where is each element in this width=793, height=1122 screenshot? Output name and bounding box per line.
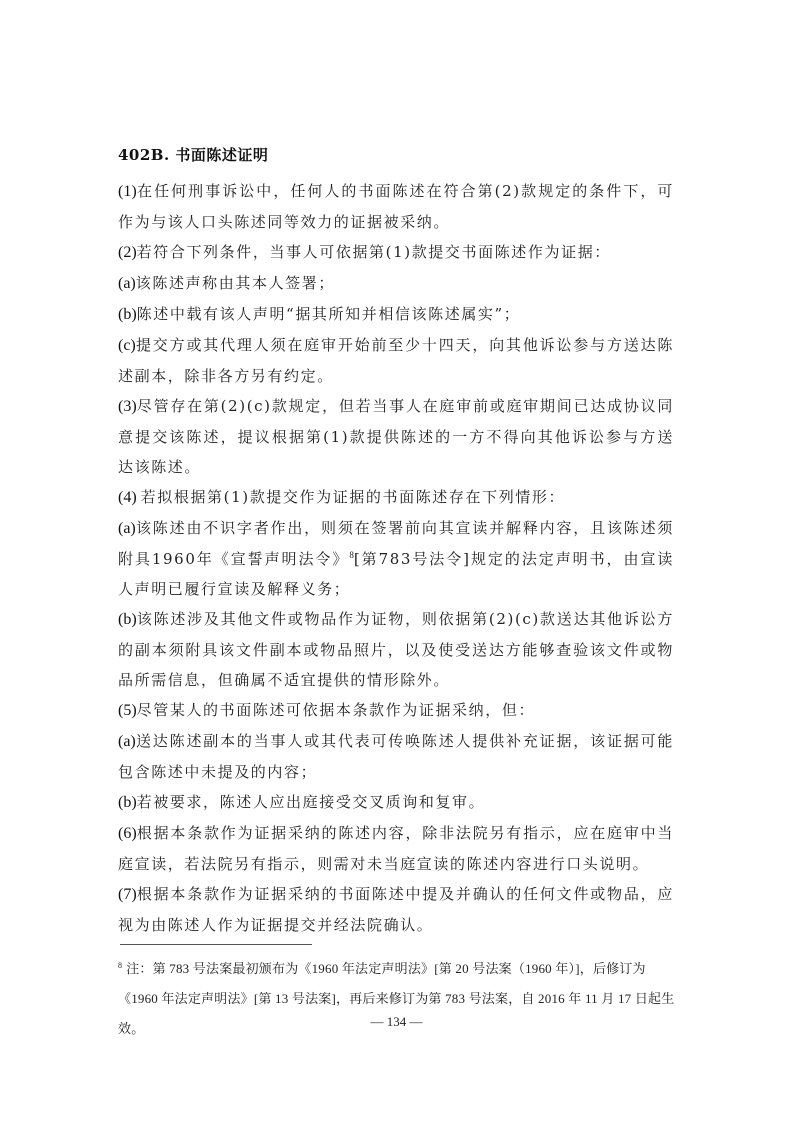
clause-number: (c): [118, 337, 136, 354]
footnote-8: 8注：第 783 号法案最初颁布为《1960 年法定声明法》[第 20 号法案（…: [118, 954, 678, 1044]
footnote-divider: [120, 944, 312, 945]
page-body: 402B. 书面陈述证明 (1)在任何刑事诉讼中，任何人的书面陈述在符合第(2)…: [118, 142, 674, 940]
paragraph-5: (5)尽管某人的书面陈述可依据本条款作为证据采纳，但：: [118, 695, 674, 726]
clause-number: (7): [118, 886, 137, 903]
paragraph-7: (7)根据本条款作为证据采纳的书面陈述中提及并确认的任何文件或物品，应视为由陈述…: [118, 879, 674, 940]
paragraph-2a: (a)该陈述声称由其本人签署；: [118, 268, 674, 299]
footnote-marker: 8: [118, 961, 122, 970]
document-page: 402B. 书面陈述证明 (1)在任何刑事诉讼中，任何人的书面陈述在符合第(2)…: [0, 0, 793, 1122]
paragraph-4a: (a)该陈述由不识字者作出，则须在签署前向其宣读并解释内容，且该陈述须附具196…: [118, 513, 674, 604]
clause-text: 陈述中载有该人声明“据其所知并相信该陈述属实”；: [137, 305, 521, 323]
page-number: — 134 —: [0, 1014, 793, 1030]
clause-text: 送达陈述副本的当事人或其代表可传唤陈述人提供补充证据，该证据可能包含陈述中未提及…: [118, 732, 674, 781]
footnotes: 8注：第 783 号法案最初颁布为《1960 年法定声明法》[第 20 号法案（…: [118, 954, 678, 1044]
clause-number: (3): [118, 398, 137, 415]
clause-number: (b): [118, 611, 137, 628]
clause-number: (2): [118, 244, 137, 261]
clause-number: (6): [118, 825, 137, 842]
paragraph-3: (3)尽管存在第(2)(c)款规定，但若当事人在庭审前或庭审期间已达成协议同意提…: [118, 391, 674, 482]
clause-number: (1): [118, 183, 137, 200]
paragraph-2c: (c)提交方或其代理人须在庭审开始前至少十四天，向其他诉讼参与方送达陈述副本，除…: [118, 330, 674, 391]
clause-number: (a): [118, 733, 136, 750]
paragraph-1: (1)在任何刑事诉讼中，任何人的书面陈述在符合第(2)款规定的条件下，可作为与该…: [118, 176, 674, 237]
clause-number: (4): [118, 489, 141, 506]
section-title: 402B. 书面陈述证明: [118, 142, 674, 168]
paragraph-4: (4) 若拟根据第(1)款提交作为证据的书面陈述存在下列情形：: [118, 482, 674, 513]
paragraph-2b: (b)陈述中载有该人声明“据其所知并相信该陈述属实”；: [118, 299, 674, 330]
clause-number: (b): [118, 306, 137, 323]
clause-text: 该陈述声称由其本人签署；: [136, 274, 335, 292]
clause-number: (a): [118, 520, 136, 537]
paragraph-5a: (a)送达陈述副本的当事人或其代表可传唤陈述人提供补充证据，该证据可能包含陈述中…: [118, 726, 674, 787]
clause-number: (a): [118, 275, 136, 292]
paragraph-2: (2)若符合下列条件，当事人可依据第(1)款提交书面陈述作为证据：: [118, 237, 674, 268]
clause-text: 根据本条款作为证据采纳的书面陈述中提及并确认的任何文件或物品，应视为由陈述人作为…: [118, 885, 674, 934]
paragraph-6: (6)根据本条款作为证据采纳的陈述内容，除非法院另有指示，应在庭审中当庭宣读，若…: [118, 818, 674, 879]
clause-text: 若拟根据第(1)款提交作为证据的书面陈述存在下列情形：: [141, 488, 565, 506]
clause-number: (5): [118, 702, 137, 719]
clause-number: (b): [118, 794, 137, 811]
clause-text: 若被要求，陈述人应出庭接受交叉质询和复审。: [137, 793, 486, 811]
clause-text: 该陈述涉及其他文件或物品作为证物，则依据第(2)(c)款送达其他诉讼方的副本须附…: [118, 610, 674, 689]
clause-text: 根据本条款作为证据采纳的陈述内容，除非法院另有指示，应在庭审中当庭宣读，若法院另…: [118, 824, 674, 873]
clause-text: 提交方或其代理人须在庭审开始前至少十四天，向其他诉讼参与方送达陈述副本，除非各方…: [118, 336, 674, 385]
clause-text: 尽管存在第(2)(c)款规定，但若当事人在庭审前或庭审期间已达成协议同意提交该陈…: [118, 397, 674, 476]
clause-text: 在任何刑事诉讼中，任何人的书面陈述在符合第(2)款规定的条件下，可作为与该人口头…: [118, 182, 674, 231]
clause-text: 尽管某人的书面陈述可依据本条款作为证据采纳，但：: [137, 701, 535, 719]
paragraph-4b: (b)该陈述涉及其他文件或物品作为证物，则依据第(2)(c)款送达其他诉讼方的副…: [118, 604, 674, 695]
paragraph-5b: (b)若被要求，陈述人应出庭接受交叉质询和复审。: [118, 787, 674, 818]
clause-text: 若符合下列条件，当事人可依据第(1)款提交书面陈述作为证据：: [137, 243, 611, 261]
